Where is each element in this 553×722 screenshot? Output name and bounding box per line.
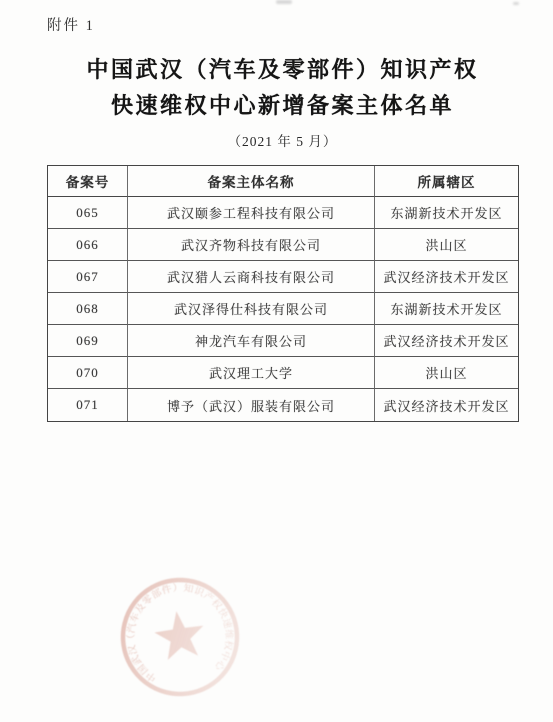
cell-filing-no: 065 [48, 197, 128, 229]
table-row: 065 武汉颐参工程科技有限公司 东湖新技术开发区 [48, 197, 518, 229]
cell-district: 洪山区 [375, 357, 518, 389]
title-line-1: 中国武汉（汽车及零部件）知识产权 [12, 52, 553, 88]
cell-district: 东湖新技术开发区 [375, 197, 518, 229]
scan-artifact [276, 0, 292, 4]
cell-entity-name: 武汉泽得仕科技有限公司 [128, 293, 375, 325]
table-header-row: 备案号 备案主体名称 所属辖区 [48, 166, 518, 197]
title-subtitle: （2021 年 5 月） [12, 130, 553, 150]
cell-entity-name: 神龙汽车有限公司 [128, 325, 375, 357]
cell-district: 武汉经济技术开发区 [375, 389, 518, 421]
cell-district: 洪山区 [375, 229, 518, 261]
header-cell-entity-name: 备案主体名称 [128, 166, 375, 197]
cell-entity-name: 武汉猎人云商科技有限公司 [128, 261, 375, 293]
cell-filing-no: 069 [48, 325, 128, 357]
cell-filing-no: 068 [48, 293, 128, 325]
document-page: 附件 1 中国武汉（汽车及零部件）知识产权 快速维权中心新增备案主体名单 （20… [0, 0, 553, 722]
cell-entity-name: 武汉颐参工程科技有限公司 [128, 197, 375, 229]
cell-district: 武汉经济技术开发区 [375, 261, 518, 293]
cell-filing-no: 071 [48, 389, 128, 421]
cell-district: 东湖新技术开发区 [375, 293, 518, 325]
title-line-2: 快速维权中心新增备案主体名单 [12, 88, 553, 124]
table-row: 069 神龙汽车有限公司 武汉经济技术开发区 [48, 325, 518, 357]
document-title: 中国武汉（汽车及零部件）知识产权 快速维权中心新增备案主体名单 （2021 年 … [0, 52, 553, 150]
attachment-label: 附件 1 [47, 14, 95, 35]
table-row: 067 武汉猎人云商科技有限公司 武汉经济技术开发区 [48, 261, 518, 293]
official-seal: 中国武汉（汽车及零部件）知识产权快速维权中心 [95, 552, 264, 721]
scan-artifact [513, 2, 519, 5]
cell-entity-name: 武汉齐物科技有限公司 [128, 229, 375, 261]
cell-district: 武汉经济技术开发区 [375, 325, 518, 357]
header-cell-filing-no: 备案号 [48, 166, 128, 197]
cell-filing-no: 070 [48, 357, 128, 389]
cell-filing-no: 067 [48, 261, 128, 293]
cell-filing-no: 066 [48, 229, 128, 261]
cell-entity-name: 博予（武汉）服装有限公司 [128, 389, 375, 421]
table-row: 066 武汉齐物科技有限公司 洪山区 [48, 229, 518, 261]
header-cell-district: 所属辖区 [375, 166, 518, 197]
table-row: 071 博予（武汉）服装有限公司 武汉经济技术开发区 [48, 389, 518, 421]
table-row: 068 武汉泽得仕科技有限公司 东湖新技术开发区 [48, 293, 518, 325]
filing-table: 备案号 备案主体名称 所属辖区 065 武汉颐参工程科技有限公司 东湖新技术开发… [47, 165, 519, 422]
table-row: 070 武汉理工大学 洪山区 [48, 357, 518, 389]
seal-star [152, 608, 207, 661]
cell-entity-name: 武汉理工大学 [128, 357, 375, 389]
